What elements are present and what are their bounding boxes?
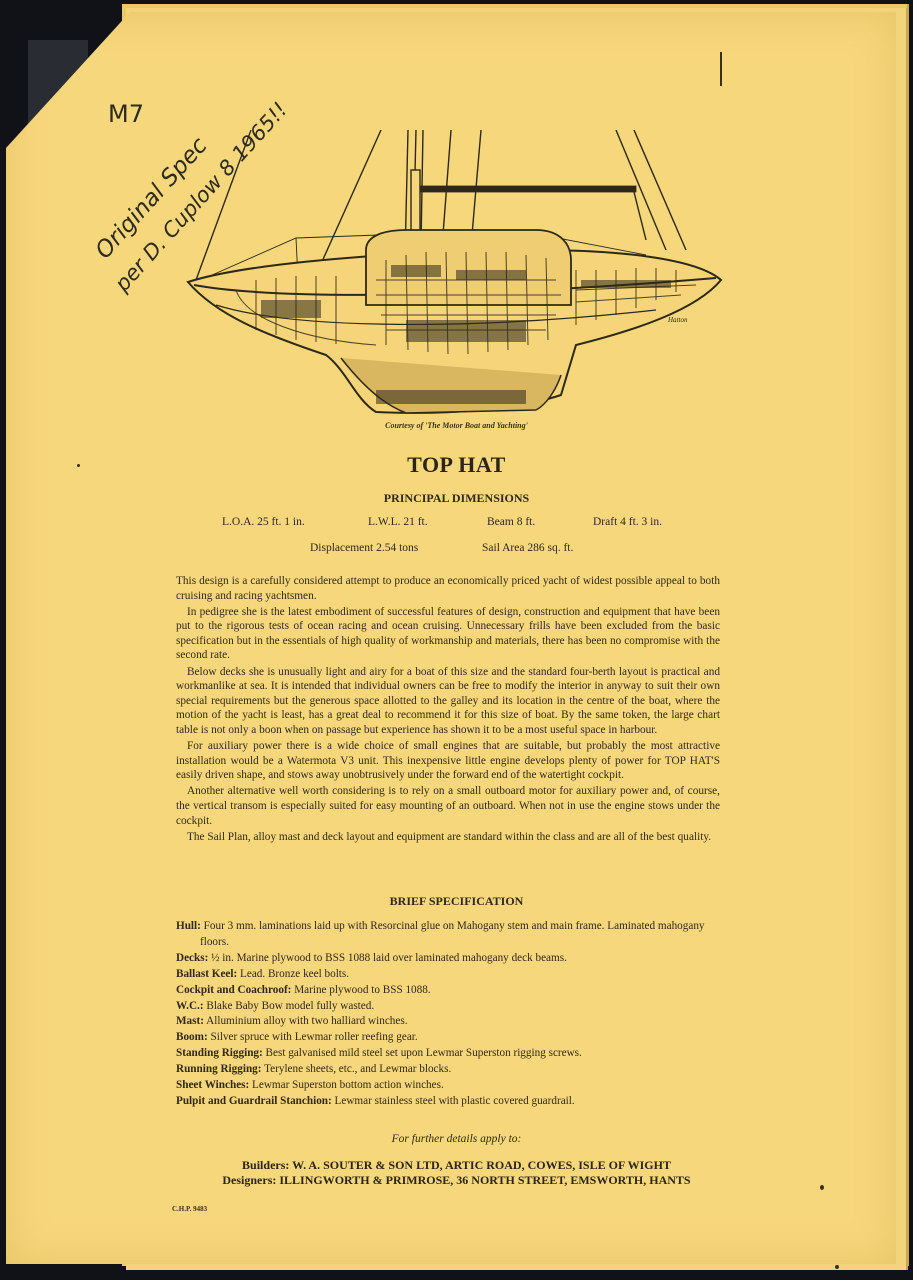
spec-item-mast: Mast: Alluminium alloy with two halliard… [176,1014,726,1030]
spec-label: Boom: [176,1031,208,1043]
spec-label: Pulpit and Guardrail Stanchion: [176,1095,332,1107]
spec-label: Running Rigging: [176,1063,262,1075]
description-body: This design is a carefully considered at… [176,574,720,846]
spec-value: Blake Baby Bow model fully wasted. [206,1000,374,1012]
spec-value: Lewmar stainless steel with plastic cove… [335,1095,575,1107]
dimension-loa: L.O.A. 25 ft. 1 in. [222,516,305,528]
brief-specification-heading: BRIEF SPECIFICATION [0,894,913,909]
spec-value: Marine plywood to BSS 1088. [294,984,430,996]
spec-value: Best galvanised mild steel set upon Lewm… [266,1047,582,1059]
yacht-cutaway-illustration: Hatton [176,130,736,425]
spec-label: Mast: [176,1015,204,1027]
spec-value: Four 3 mm. laminations laid up with Reso… [200,920,705,948]
paper-speck [835,1265,839,1269]
spec-label: Cockpit and Coachroof: [176,984,291,996]
dimension-lwl: L.W.L. 21 ft. [368,516,428,528]
builders-address: Builders: W. A. SOUTER & SON LTD, ARTIC … [0,1158,913,1173]
designers-address: Designers: ILLINGWORTH & PRIMROSE, 36 NO… [0,1173,913,1188]
spec-item-wc: W.C.: Blake Baby Bow model fully wasted. [176,999,726,1015]
further-details-line: For further details apply to: [0,1133,913,1145]
spec-item-hull: Hull: Four 3 mm. laminations laid up wit… [176,919,726,951]
spec-item-sheet-winches: Sheet Winches: Lewmar Superston bottom a… [176,1078,726,1094]
dimension-draft: Draft 4 ft. 3 in. [593,516,662,528]
dimension-sail-area: Sail Area 286 sq. ft. [482,542,573,554]
spec-value: Lewmar Superston bottom action winches. [252,1079,444,1091]
spec-item-decks: Decks: ½ in. Marine plywood to BSS 1088 … [176,951,726,967]
specification-list: Hull: Four 3 mm. laminations laid up wit… [176,919,726,1110]
description-paragraph: Another alternative well worth consideri… [176,784,720,828]
description-paragraph: In pedigree she is the latest embodiment… [176,605,720,663]
dimension-beam: Beam 8 ft. [487,516,535,528]
illustration-caption: Courtesy of 'The Motor Boat and Yachting… [0,421,913,430]
description-paragraph: The Sail Plan, alloy mast and deck layou… [176,830,720,845]
description-paragraph: This design is a carefully considered at… [176,574,720,603]
spec-label: Decks: [176,952,208,964]
handwritten-corner-mark: M7 [108,100,144,128]
spec-label: Hull: [176,920,201,932]
spec-value: Silver spruce with Lewmar roller reefing… [211,1031,418,1043]
spec-label: Ballast Keel: [176,968,237,980]
spec-item-boom: Boom: Silver spruce with Lewmar roller r… [176,1030,726,1046]
dimension-displacement: Displacement 2.54 tons [310,542,418,554]
description-paragraph: For auxiliary power there is a wide choi… [176,739,720,783]
pen-mark [720,52,722,86]
principal-dimensions-heading: PRINCIPAL DIMENSIONS [0,491,913,506]
spec-item-cockpit-coachroof: Cockpit and Coachroof: Marine plywood to… [176,983,726,999]
spec-value: Alluminium alloy with two halliard winch… [206,1015,407,1027]
artist-signature: Hatton [667,316,688,324]
spec-item-pulpit-guardrail: Pulpit and Guardrail Stanchion: Lewmar s… [176,1094,726,1110]
spec-item-ballast-keel: Ballast Keel: Lead. Bronze keel bolts. [176,967,726,983]
spec-value: ½ in. Marine plywood to BSS 1088 laid ov… [211,952,567,964]
spec-label: Standing Rigging: [176,1047,263,1059]
contacts-block: Builders: W. A. SOUTER & SON LTD, ARTIC … [0,1158,913,1188]
spec-value: Terylene sheets, etc., and Lewmar blocks… [264,1063,451,1075]
document-title: TOP HAT [0,452,913,478]
print-reference: C.H.P. 9483 [172,1205,207,1213]
spec-label: W.C.: [176,1000,204,1012]
spec-value: Lead. Bronze keel bolts. [240,968,349,980]
description-paragraph: Below decks she is unusually light and a… [176,665,720,738]
spec-item-running-rigging: Running Rigging: Terylene sheets, etc., … [176,1062,726,1078]
spec-item-standing-rigging: Standing Rigging: Best galvanised mild s… [176,1046,726,1062]
spec-label: Sheet Winches: [176,1079,249,1091]
